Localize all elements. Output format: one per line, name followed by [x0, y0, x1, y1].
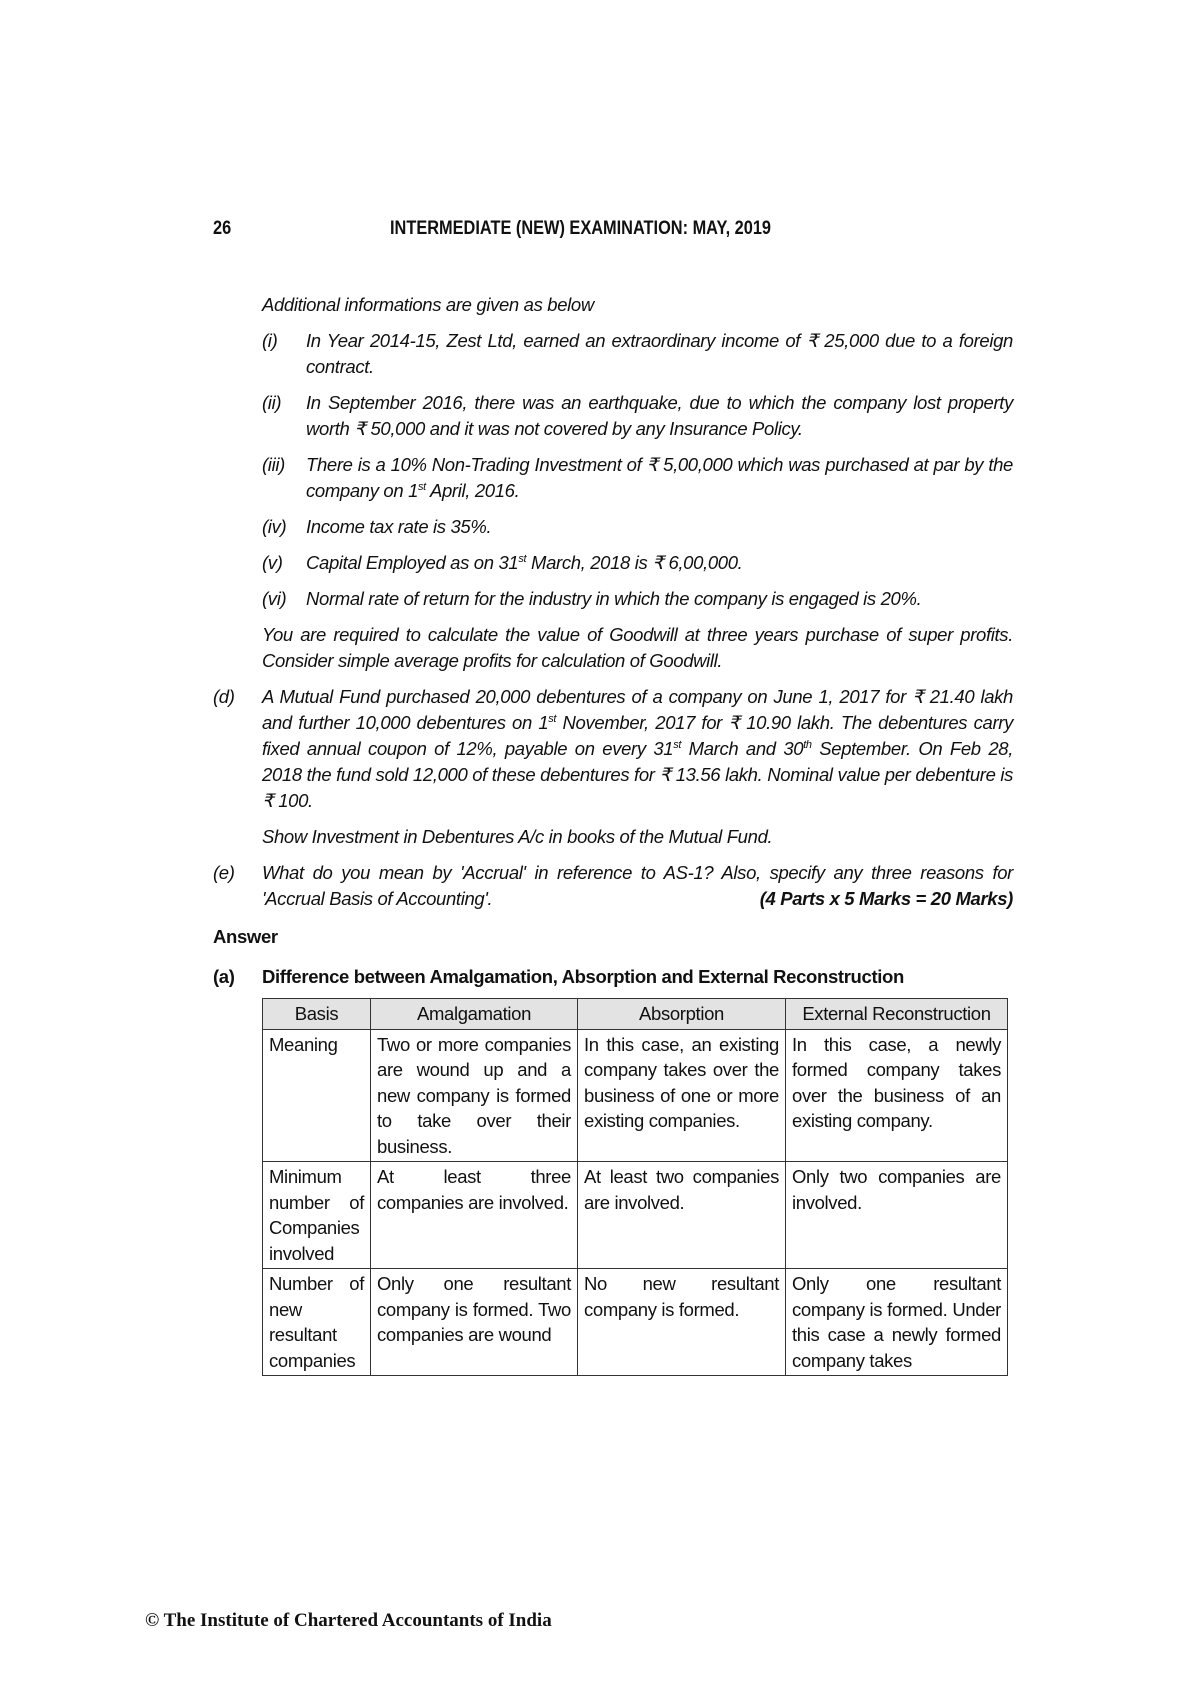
item-label: (v)	[262, 550, 306, 576]
item-label: (i)	[262, 328, 306, 380]
page-body: Additional informations are given as bel…	[213, 292, 1013, 1376]
page-number: 26	[213, 218, 231, 240]
table-cell: In this case, a newly formed company tak…	[786, 1029, 1008, 1162]
additional-info-intro: Additional informations are given as bel…	[262, 292, 1013, 318]
table-row: Meaning Two or more companies are wound …	[263, 1029, 1008, 1162]
table-cell: Two or more companies are wound up and a…	[371, 1029, 578, 1162]
table-cell: No new resultant company is formed.	[578, 1269, 786, 1376]
running-header: INTERMEDIATE (NEW) EXAMINATION: MAY, 201…	[390, 218, 771, 240]
item-text: There is a 10% Non-Trading Investment of…	[306, 452, 1013, 504]
item-label: (iii)	[262, 452, 306, 504]
column-header: External Reconstruction	[786, 999, 1008, 1030]
item-label: (vi)	[262, 586, 306, 612]
question-e: (e) What do you mean by 'Accrual' in ref…	[213, 860, 1013, 912]
table-cell: Meaning	[263, 1029, 371, 1162]
info-item: (iii) There is a 10% Non-Trading Investm…	[262, 452, 1013, 504]
question-d: (d) A Mutual Fund purchased 20,000 deben…	[213, 684, 1013, 850]
question-d-requirement: Show Investment in Debentures A/c in boo…	[262, 824, 1013, 850]
item-text: Normal rate of return for the industry i…	[306, 586, 1013, 612]
marks-allocation: (4 Parts x 5 Marks = 20 Marks)	[760, 886, 1013, 912]
part-label: (a)	[213, 964, 262, 990]
info-item: (i) In Year 2014-15, Zest Ltd, earned an…	[262, 328, 1013, 380]
copyright-footer: © The Institute of Chartered Accountants…	[145, 1610, 552, 1632]
item-label: (ii)	[262, 390, 306, 442]
answer-part-a-heading: (a) Difference between Amalgamation, Abs…	[213, 964, 1013, 990]
table-row: Minimum number of Companies involved At …	[263, 1162, 1008, 1269]
column-header: Absorption	[578, 999, 786, 1030]
info-item: (iv) Income tax rate is 35%.	[262, 514, 1013, 540]
table-cell: Only two companies are involved.	[786, 1162, 1008, 1269]
table-cell: In this case, an existing company takes …	[578, 1029, 786, 1162]
table-cell: Only one resultant company is formed. Un…	[786, 1269, 1008, 1376]
comparison-table: Basis Amalgamation Absorption External R…	[262, 998, 1008, 1376]
table-row: Number of new resultant companies Only o…	[263, 1269, 1008, 1376]
info-item: (vi) Normal rate of return for the indus…	[262, 586, 1013, 612]
table-cell: At least three companies are involved.	[371, 1162, 578, 1269]
item-text: Capital Employed as on 31st March, 2018 …	[306, 550, 1013, 576]
question-label: (e)	[213, 860, 262, 912]
item-text: In Year 2014-15, Zest Ltd, earned an ext…	[306, 328, 1013, 380]
part-title: Difference between Amalgamation, Absorpt…	[262, 964, 904, 990]
item-text: Income tax rate is 35%.	[306, 514, 1013, 540]
question-label: (d)	[213, 684, 262, 850]
question-d-text: A Mutual Fund purchased 20,000 debenture…	[262, 684, 1013, 814]
goodwill-requirement: You are required to calculate the value …	[262, 622, 1013, 674]
answer-heading: Answer	[213, 924, 1013, 950]
info-item: (v) Capital Employed as on 31st March, 2…	[262, 550, 1013, 576]
table-cell: Only one resultant company is formed. Tw…	[371, 1269, 578, 1376]
table-header-row: Basis Amalgamation Absorption External R…	[263, 999, 1008, 1030]
item-text: In September 2016, there was an earthqua…	[306, 390, 1013, 442]
item-label: (iv)	[262, 514, 306, 540]
column-header: Amalgamation	[371, 999, 578, 1030]
column-header: Basis	[263, 999, 371, 1030]
table-cell: At least two companies are involved.	[578, 1162, 786, 1269]
table-cell: Minimum number of Companies involved	[263, 1162, 371, 1269]
info-item: (ii) In September 2016, there was an ear…	[262, 390, 1013, 442]
table-cell: Number of new resultant companies	[263, 1269, 371, 1376]
